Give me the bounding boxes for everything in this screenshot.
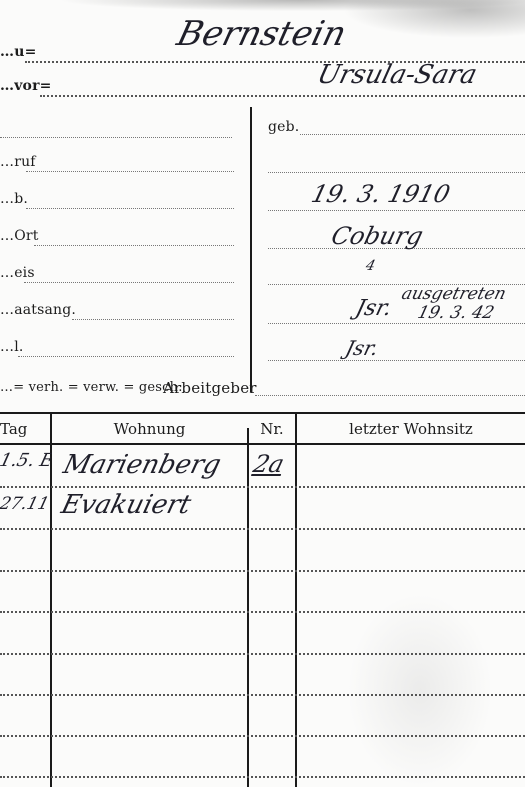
section-divider <box>250 107 252 392</box>
field-line-ort <box>34 245 234 246</box>
field-line-kreis <box>24 282 234 283</box>
table-top-border <box>0 412 525 414</box>
birth-date-value[interactable]: 19. 3. 1910 <box>309 180 453 208</box>
employer-line <box>255 395 525 396</box>
field-label-kreis: …eis <box>0 265 35 281</box>
table-col-divider-3 <box>295 412 297 787</box>
field-label-beruf: …ruf <box>0 154 36 170</box>
left-line-0 <box>0 137 232 138</box>
marital-status-options: …= verh. = verw. = gesch. <box>0 380 183 395</box>
table-row-line <box>0 611 525 613</box>
table-col-divider-1 <box>50 412 52 787</box>
column-header-wohnung: Wohnung <box>52 420 247 438</box>
religion-note-line2[interactable]: 19. 3. 42 <box>416 303 497 323</box>
table-header-border <box>0 443 525 445</box>
field-line-beruf <box>26 171 234 172</box>
field-label-staatsang: …aatsang. <box>0 302 76 318</box>
table-col-divider-2 <box>247 428 249 787</box>
geb-label: geb. <box>268 119 299 135</box>
surname-label: …u= <box>0 44 37 60</box>
column-header-letzter-wohnsitz: letzter Wohnsitz <box>297 420 525 438</box>
religion-value[interactable]: Jsr. <box>353 296 394 321</box>
right-line-5 <box>268 323 525 324</box>
right-line-1 <box>268 172 525 173</box>
geb-line <box>300 134 525 135</box>
birth-place-value[interactable]: Coburg <box>329 222 426 250</box>
religion-note-line1[interactable]: ausgetreten <box>400 284 509 304</box>
table-row-line <box>0 735 525 737</box>
table-row-1-tag[interactable]: 1.5. Eit. <box>0 450 53 471</box>
table-row-1-wohnung[interactable]: Marienberg <box>60 450 224 480</box>
column-header-tag: Tag <box>0 420 50 438</box>
field-line-geb <box>26 208 234 209</box>
forename-value[interactable]: Ursula-Sara <box>314 60 480 90</box>
field-label-rel: …l. <box>0 339 24 355</box>
column-header-nr: Nr. <box>249 420 295 438</box>
table-row-line <box>0 486 525 488</box>
table-row-2-wohnung[interactable]: Evakuiert <box>58 490 194 520</box>
mark-value: 4 <box>364 258 377 274</box>
table-row-1-nr[interactable]: 2a <box>251 450 288 478</box>
table-row-line <box>0 570 525 572</box>
table-row-line <box>0 528 525 530</box>
right-line-2 <box>268 210 525 211</box>
field-label-geb: …b. <box>0 191 28 207</box>
field-line-rel <box>18 356 234 357</box>
forename-line <box>40 95 525 97</box>
table-row-line <box>0 653 525 655</box>
field-line-staatsang <box>72 319 234 320</box>
employer-label: Arbeitgeber <box>163 379 257 397</box>
table-row-line <box>0 694 525 696</box>
table-row-2-tag[interactable]: 27.11.41 <box>0 494 52 514</box>
table-row-line <box>0 776 525 778</box>
surname-value[interactable]: Bernstein <box>173 14 350 54</box>
right-line-6 <box>268 360 525 361</box>
nationality-note[interactable]: Jsr. <box>343 336 381 360</box>
forename-label: …vor= <box>0 78 52 94</box>
field-label-ort: …Ort <box>0 228 39 244</box>
